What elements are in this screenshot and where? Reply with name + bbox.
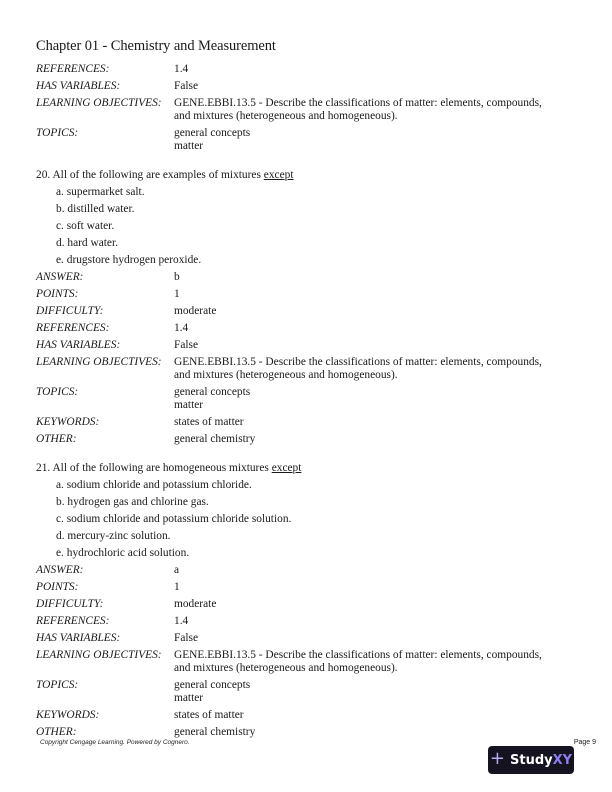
meta-value: False	[174, 632, 576, 645]
meta-row: POINTS:1	[36, 288, 576, 301]
meta-label: ANSWER:	[36, 564, 174, 577]
meta-row: REFERENCES:1.4	[36, 322, 576, 335]
meta-row: TOPICS:general conceptsmatter	[36, 386, 576, 412]
intro-metadata: REFERENCES:1.4HAS VARIABLES:FalseLEARNIN…	[36, 63, 576, 153]
meta-value: 1	[174, 288, 576, 301]
meta-value: GENE.EBBI.13.5 - Describe the classifica…	[174, 97, 576, 123]
meta-label: OTHER:	[36, 433, 174, 446]
meta-row: ANSWER:a	[36, 564, 576, 577]
answer-option: e. hydrochloric acid solution.	[36, 547, 576, 560]
answer-option: d. hard water.	[36, 237, 576, 250]
meta-label: REFERENCES:	[36, 322, 174, 335]
meta-value-line: and mixtures (heterogeneous and homogene…	[174, 369, 576, 382]
answer-option: a. supermarket salt.	[36, 186, 576, 199]
meta-value-line: matter	[174, 399, 576, 412]
page-number: Page 9	[574, 739, 596, 746]
question-stem: 21. All of the following are homogeneous…	[36, 462, 576, 475]
meta-row: HAS VARIABLES:False	[36, 80, 576, 93]
meta-value-line: and mixtures (heterogeneous and homogene…	[174, 110, 576, 123]
question-list: 20. All of the following are examples of…	[36, 169, 576, 739]
meta-label: LEARNING OBJECTIVES:	[36, 356, 174, 382]
meta-value: states of matter	[174, 416, 576, 429]
plus-icon: +	[490, 750, 505, 768]
meta-label: DIFFICULTY:	[36, 305, 174, 318]
meta-value: GENE.EBBI.13.5 - Describe the classifica…	[174, 649, 576, 675]
document-content: REFERENCES:1.4HAS VARIABLES:FalseLEARNIN…	[36, 63, 576, 743]
meta-row: TOPICS:general conceptsmatter	[36, 127, 576, 153]
meta-value-line: 1	[174, 581, 576, 594]
meta-value: 1.4	[174, 63, 576, 76]
meta-value-line: GENE.EBBI.13.5 - Describe the classifica…	[174, 97, 576, 110]
meta-value-line: GENE.EBBI.13.5 - Describe the classifica…	[174, 356, 576, 369]
meta-value-line: False	[174, 80, 576, 93]
question-block: 20. All of the following are examples of…	[36, 169, 576, 446]
question-emphasis: except	[272, 462, 302, 474]
meta-label: REFERENCES:	[36, 63, 174, 76]
meta-value-line: 1.4	[174, 63, 576, 76]
meta-value: general chemistry	[174, 433, 576, 446]
meta-value-line: states of matter	[174, 709, 576, 722]
meta-value-line: matter	[174, 140, 576, 153]
meta-label: POINTS:	[36, 581, 174, 594]
question-metadata: ANSWER:aPOINTS:1DIFFICULTY:moderateREFER…	[36, 564, 576, 739]
meta-label: TOPICS:	[36, 127, 174, 153]
meta-value: states of matter	[174, 709, 576, 722]
meta-value-line: general concepts	[174, 127, 576, 140]
meta-value-line: b	[174, 271, 576, 284]
meta-value-line: 1.4	[174, 615, 576, 628]
meta-value: general conceptsmatter	[174, 386, 576, 412]
meta-row: DIFFICULTY:moderate	[36, 598, 576, 611]
meta-row: HAS VARIABLES:False	[36, 632, 576, 645]
meta-value: b	[174, 271, 576, 284]
meta-label: REFERENCES:	[36, 615, 174, 628]
meta-label: DIFFICULTY:	[36, 598, 174, 611]
meta-value: a	[174, 564, 576, 577]
meta-row: KEYWORDS:states of matter	[36, 709, 576, 722]
meta-row: POINTS:1	[36, 581, 576, 594]
meta-label: TOPICS:	[36, 679, 174, 705]
meta-value: moderate	[174, 305, 576, 318]
question-emphasis: except	[264, 169, 294, 181]
answer-option: e. drugstore hydrogen peroxide.	[36, 254, 576, 267]
meta-value-line: a	[174, 564, 576, 577]
meta-value: general chemistry	[174, 726, 576, 739]
meta-label: HAS VARIABLES:	[36, 80, 174, 93]
meta-label: KEYWORDS:	[36, 709, 174, 722]
meta-label: HAS VARIABLES:	[36, 339, 174, 352]
meta-value-line: general concepts	[174, 679, 576, 692]
meta-label: POINTS:	[36, 288, 174, 301]
meta-row: LEARNING OBJECTIVES:GENE.EBBI.13.5 - Des…	[36, 649, 576, 675]
meta-label: LEARNING OBJECTIVES:	[36, 97, 174, 123]
meta-value: general conceptsmatter	[174, 679, 576, 705]
meta-row: KEYWORDS:states of matter	[36, 416, 576, 429]
meta-label: HAS VARIABLES:	[36, 632, 174, 645]
meta-value-line: moderate	[174, 305, 576, 318]
meta-row: ANSWER:b	[36, 271, 576, 284]
meta-value-line: 1	[174, 288, 576, 301]
meta-value-line: 1.4	[174, 322, 576, 335]
meta-row: OTHER:general chemistry	[36, 726, 576, 739]
answer-option: a. sodium chloride and potassium chlorid…	[36, 479, 576, 492]
meta-row: DIFFICULTY:moderate	[36, 305, 576, 318]
meta-row: OTHER:general chemistry	[36, 433, 576, 446]
meta-value: GENE.EBBI.13.5 - Describe the classifica…	[174, 356, 576, 382]
meta-row: TOPICS:general conceptsmatter	[36, 679, 576, 705]
meta-value-line: general chemistry	[174, 433, 576, 446]
meta-row: REFERENCES:1.4	[36, 615, 576, 628]
studyxy-badge[interactable]: + StudyXY	[488, 746, 574, 774]
question-metadata: ANSWER:bPOINTS:1DIFFICULTY:moderateREFER…	[36, 271, 576, 446]
meta-value-line: matter	[174, 692, 576, 705]
question-block: 21. All of the following are homogeneous…	[36, 462, 576, 739]
page-title: Chapter 01 - Chemistry and Measurement	[36, 38, 276, 55]
meta-value-line: general concepts	[174, 386, 576, 399]
answer-option: b. distilled water.	[36, 203, 576, 216]
meta-value: False	[174, 339, 576, 352]
answer-option: b. hydrogen gas and chlorine gas.	[36, 496, 576, 509]
meta-label: TOPICS:	[36, 386, 174, 412]
meta-label: OTHER:	[36, 726, 174, 739]
meta-value-line: False	[174, 339, 576, 352]
meta-value-line: states of matter	[174, 416, 576, 429]
meta-row: HAS VARIABLES:False	[36, 339, 576, 352]
meta-value: 1	[174, 581, 576, 594]
meta-row: LEARNING OBJECTIVES:GENE.EBBI.13.5 - Des…	[36, 356, 576, 382]
question-stem: 20. All of the following are examples of…	[36, 169, 576, 182]
meta-value-line: and mixtures (heterogeneous and homogene…	[174, 662, 576, 675]
answer-option: c. soft water.	[36, 220, 576, 233]
footer-copyright: Copyright Cengage Learning. Powered by C…	[40, 739, 190, 746]
meta-value-line: moderate	[174, 598, 576, 611]
meta-row: REFERENCES:1.4	[36, 63, 576, 76]
meta-label: KEYWORDS:	[36, 416, 174, 429]
answer-option: c. sodium chloride and potassium chlorid…	[36, 513, 576, 526]
meta-value: False	[174, 80, 576, 93]
meta-row: LEARNING OBJECTIVES:GENE.EBBI.13.5 - Des…	[36, 97, 576, 123]
meta-value: 1.4	[174, 322, 576, 335]
meta-value: 1.4	[174, 615, 576, 628]
answer-option: d. mercury-zinc solution.	[36, 530, 576, 543]
meta-value: moderate	[174, 598, 576, 611]
meta-value-line: False	[174, 632, 576, 645]
meta-label: ANSWER:	[36, 271, 174, 284]
meta-value: general conceptsmatter	[174, 127, 576, 153]
meta-value-line: general chemistry	[174, 726, 576, 739]
badge-brand: StudyXY	[510, 753, 572, 768]
meta-value-line: GENE.EBBI.13.5 - Describe the classifica…	[174, 649, 576, 662]
meta-label: LEARNING OBJECTIVES:	[36, 649, 174, 675]
